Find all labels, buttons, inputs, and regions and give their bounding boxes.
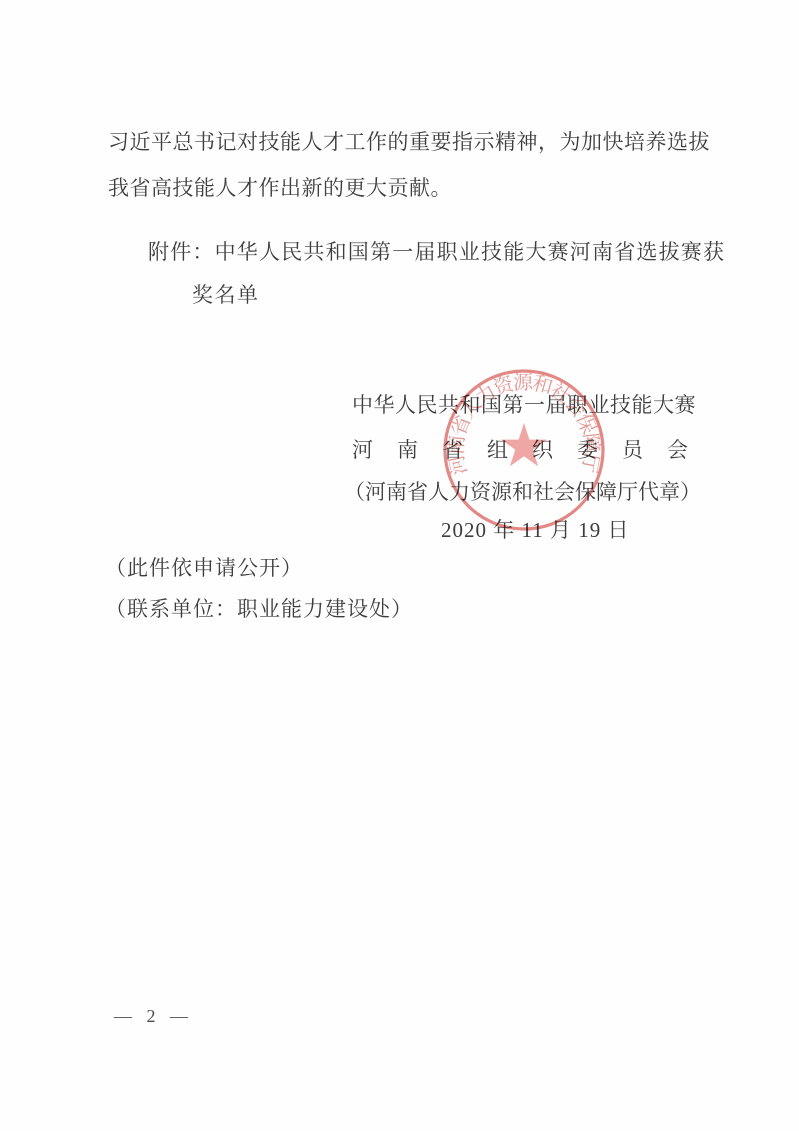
disclosure-note: （此件依申请公开） <box>105 556 303 580</box>
contact-note: （联系单位：职业能力建设处） <box>105 597 413 621</box>
body-paragraph-line-2: 我省高技能人才作出新的更大贡献。 <box>108 176 452 200</box>
signature-date: 2020 年 11 月 19 日 <box>441 518 629 542</box>
signature-org-line-2: 河南省组织委员会 <box>352 438 712 462</box>
document-page: 习近平总书记对技能人才工作的重要指示精神，为加快培养选拔 我省高技能人才作出新的… <box>0 0 799 1131</box>
page-number: — 2 — <box>114 1004 193 1028</box>
body-paragraph-line-1: 习近平总书记对技能人才工作的重要指示精神，为加快培养选拔 <box>108 130 710 154</box>
signature-org-line-1: 中华人民共和国第一届职业技能大赛 <box>352 393 696 417</box>
signature-agency-note: （河南省人力资源和社会保障厅代章） <box>344 480 701 504</box>
attachment-note-line-2: 奖名单 <box>192 283 260 307</box>
attachment-note-line-1: 附件：中华人民共和国第一届职业技能大赛河南省选拔赛获 <box>148 240 725 264</box>
